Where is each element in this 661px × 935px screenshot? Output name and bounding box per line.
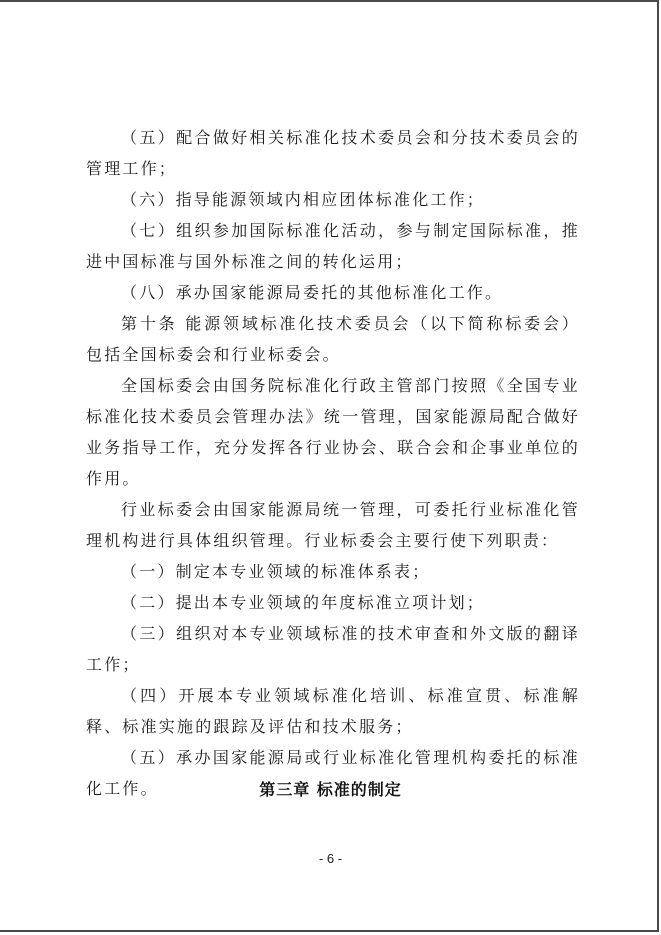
paragraph-industry-committee: 行业标委会由国家能源局统一管理，可委托行业标准化管理机构进行具体组织管理。行业标…	[86, 494, 580, 556]
duty-item-2: （二）提出本专业领域的年度标准立项计划；	[86, 587, 580, 618]
paragraph-item-6: （六）指导能源领域内相应团体标准化工作；	[86, 184, 580, 215]
body-text: （五）配合做好相关标准化技术委员会和分技术委员会的管理工作； （六）指导能源领域…	[86, 122, 580, 804]
paragraph-item-7: （七）组织参加国际标准化活动，参与制定国际标准，推进中国标准与国外标准之间的转化…	[86, 215, 580, 277]
paragraph-national-committee: 全国标委会由国务院标准化行政主管部门按照《全国专业标准化技术委员会管理办法》统一…	[86, 370, 580, 494]
paragraph-item-8: （八）承办国家能源局委托的其他标准化工作。	[86, 277, 580, 308]
duty-item-4: （四）开展本专业领域标准化培训、标准宣贯、标准解释、标准实施的跟踪及评估和技术服…	[86, 680, 580, 742]
duty-item-3: （三）组织对本专业领域标准的技术审查和外文版的翻译工作；	[86, 618, 580, 680]
article-10: 第十条 能源领域标准化技术委员会（以下简称标委会）包括全国标委会和行业标委会。	[86, 308, 580, 370]
paragraph-item-5: （五）配合做好相关标准化技术委员会和分技术委员会的管理工作；	[86, 122, 580, 184]
document-page: （五）配合做好相关标准化技术委员会和分技术委员会的管理工作； （六）指导能源领域…	[0, 0, 659, 932]
chapter-heading: 第三章 标准的制定	[0, 777, 661, 800]
page-number: - 6 -	[0, 851, 661, 866]
duty-item-1: （一）制定本专业领域的标准体系表；	[86, 556, 580, 587]
